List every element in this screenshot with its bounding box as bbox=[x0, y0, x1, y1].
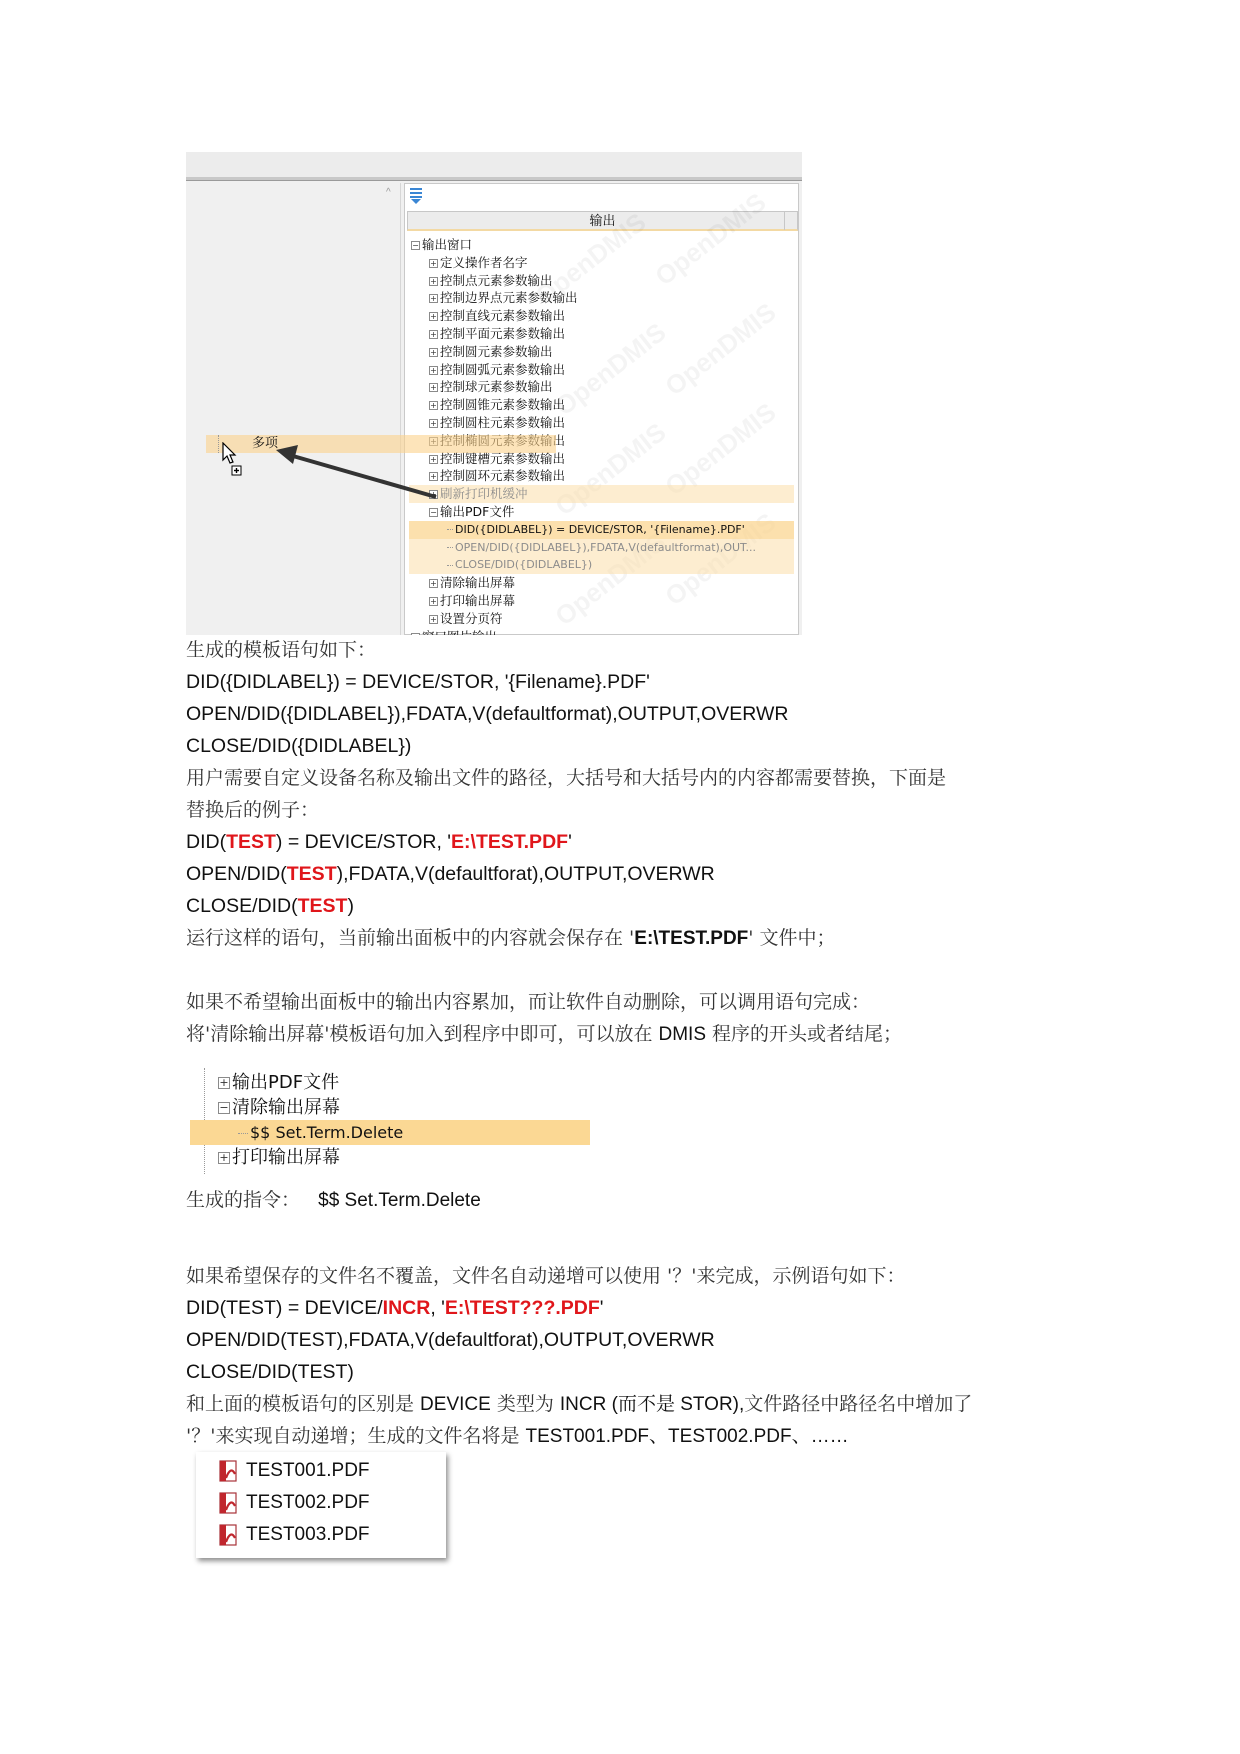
text: INCR bbox=[560, 1394, 606, 1415]
tree-node-label: 清除输出屏幕 bbox=[232, 1097, 340, 1118]
text: 生成的指令： bbox=[186, 1189, 300, 1211]
tree-node[interactable]: +控制圆元素参数输出 bbox=[409, 343, 794, 361]
output-template-pane: 输出 OpenDMIS OpenDMIS OpenDMIS OpenDMIS O… bbox=[404, 183, 799, 635]
software-screenshot-clear-screen: +输出PDF文件 −清除输出屏幕 $$ Set.Term.Delete +打印输… bbox=[190, 1068, 590, 1174]
expand-icon[interactable]: + bbox=[429, 330, 438, 339]
tree-connector bbox=[238, 1133, 248, 1134]
tree-node-label: 输出窗口 bbox=[422, 237, 472, 252]
file-item[interactable]: TEST002.PDF bbox=[218, 1490, 370, 1516]
expand-icon[interactable]: + bbox=[429, 383, 438, 392]
paragraph-clear-intro: 如果不希望输出面板中的输出内容累加，而让软件自动删除，可以调用语句完成： bbox=[186, 988, 870, 1016]
expand-icon[interactable]: + bbox=[429, 312, 438, 321]
tree-node[interactable]: +控制点元素参数输出 bbox=[409, 272, 794, 290]
code-text: CLOSE/DID( bbox=[186, 895, 298, 917]
expand-icon[interactable]: + bbox=[429, 472, 438, 481]
code-example-line1: DID(TEST) = DEVICE/STOR, 'E:\TEST.PDF' bbox=[186, 828, 572, 856]
expand-icon[interactable]: + bbox=[218, 1077, 230, 1089]
tree-node-clear-screen[interactable]: −清除输出屏幕 bbox=[190, 1095, 590, 1120]
paragraph-result: 运行这样的语句，当前输出面板中的内容就会保存在 'E:\TEST.PDF' 文件… bbox=[186, 924, 836, 953]
column-header-label: 输出 bbox=[589, 213, 615, 228]
tree-node-label: 打印输出屏幕 bbox=[440, 593, 515, 608]
expand-icon[interactable]: + bbox=[429, 579, 438, 588]
code-highlight: E:\TEST.PDF bbox=[634, 928, 748, 949]
tree-node-label: 设置分页符 bbox=[440, 611, 503, 626]
pdf-file-icon bbox=[218, 1492, 240, 1514]
tree-node-label: 控制球元素参数输出 bbox=[440, 379, 553, 394]
tree-node-page-break[interactable]: +设置分页符 bbox=[409, 610, 794, 628]
expand-icon[interactable]: + bbox=[218, 1152, 230, 1164]
column-divider[interactable] bbox=[784, 212, 785, 230]
file-name: TEST001.PDF bbox=[246, 1460, 370, 1481]
tree-node-label: 控制平面元素参数输出 bbox=[440, 326, 565, 341]
collapse-icon[interactable]: − bbox=[218, 1102, 230, 1114]
code-text: OPEN/DID( bbox=[186, 863, 287, 885]
code-text: ' bbox=[568, 831, 572, 853]
tree-node-label: 控制圆元素参数输出 bbox=[440, 344, 553, 359]
collapse-icon[interactable]: − bbox=[429, 508, 438, 517]
tree-node-window-image-output[interactable]: −窗口图片输出 bbox=[409, 628, 794, 635]
code-example-line2: OPEN/DID(TEST),FDATA,V(defaultforat),OUT… bbox=[186, 860, 715, 888]
tree-node-label: 控制圆环元素参数输出 bbox=[440, 468, 565, 483]
expand-icon[interactable]: + bbox=[429, 455, 438, 464]
code-text: , ' bbox=[430, 1297, 445, 1319]
tree-node-output-pdf[interactable]: −输出PDF文件 bbox=[409, 503, 794, 521]
scroll-up-icon[interactable]: ^ bbox=[386, 187, 391, 198]
paragraph-incr-intro: 如果希望保存的文件名不覆盖，文件名自动递增可以使用 '？'来完成，示例语句如下： bbox=[186, 1262, 906, 1290]
scrollbar[interactable]: ^ bbox=[383, 183, 401, 635]
text: DMIS bbox=[659, 1024, 707, 1045]
mouse-cursor-icon bbox=[222, 442, 244, 476]
expand-icon[interactable]: + bbox=[429, 366, 438, 375]
collapse-icon[interactable]: − bbox=[411, 241, 420, 250]
tree-node-label: 窗口图片输出 bbox=[422, 629, 497, 635]
text: 类型为 bbox=[491, 1393, 560, 1415]
tree-node[interactable]: +控制圆环元素参数输出 bbox=[409, 467, 794, 485]
code-text: DID(TEST) = DEVICE/ bbox=[186, 1297, 383, 1319]
program-tree-pane bbox=[186, 183, 383, 635]
paragraph-explain: 用户需要自定义设备名称及输出文件的路径，大括号和大括号内的内容都需要替换，下面是 bbox=[186, 764, 946, 792]
window-top-bar bbox=[186, 152, 802, 180]
text: STOR), bbox=[680, 1394, 744, 1415]
tree-node-label: 刷新打印机缓冲 bbox=[440, 486, 528, 501]
paragraph-clear-howto: 将'清除输出屏幕'模板语句加入到程序中即可，可以放在 DMIS 程序的开头或者结… bbox=[186, 1020, 902, 1049]
expand-icon[interactable]: + bbox=[429, 615, 438, 624]
code-highlight: E:\TEST.PDF bbox=[451, 831, 568, 853]
tree-node-print-screen[interactable]: +打印输出屏幕 bbox=[190, 1145, 590, 1170]
tree-leaf-label: $$ Set.Term.Delete bbox=[250, 1123, 403, 1142]
tree-leaf-set-term-delete[interactable]: $$ Set.Term.Delete bbox=[190, 1120, 590, 1145]
expand-icon[interactable]: + bbox=[429, 490, 438, 499]
tree-node[interactable]: +控制球元素参数输出 bbox=[409, 378, 794, 396]
paragraph-intro: 生成的模板语句如下： bbox=[186, 636, 376, 664]
tree-node-label: 控制圆锥元素参数输出 bbox=[440, 397, 565, 412]
paragraph-incr-diff: 和上面的模板语句的区别是 DEVICE 类型为 INCR (而不是 STOR),… bbox=[186, 1390, 972, 1419]
pdf-file-icon bbox=[218, 1460, 240, 1482]
code-line: CLOSE/DID({DIDLABEL}) bbox=[186, 732, 411, 760]
text: 文件路径中路径名中增加了 bbox=[744, 1393, 972, 1415]
paragraph-explain-cont: 替换后的例子： bbox=[186, 796, 319, 824]
tree-node-clear-screen[interactable]: +清除输出屏幕 bbox=[409, 574, 794, 592]
collapse-icon[interactable]: − bbox=[411, 633, 420, 635]
tree-leaf-close[interactable]: CLOSE/DID({DIDLABEL}) bbox=[409, 556, 794, 574]
text: ' 文件中； bbox=[748, 927, 835, 949]
tree-node-output-window[interactable]: −输出窗口 bbox=[409, 236, 794, 254]
code-text: ' bbox=[600, 1297, 604, 1319]
software-screenshot-output-panel: ^ 输出 OpenDMIS OpenDMIS OpenDMIS OpenDMIS… bbox=[186, 152, 802, 635]
code-text: $$ Set.Term.Delete bbox=[318, 1190, 481, 1211]
text: DEVICE bbox=[420, 1394, 491, 1415]
tree-connector bbox=[447, 529, 453, 530]
tree-leaf-open[interactable]: OPEN/DID({DIDLABEL}),FDATA,V(defaultform… bbox=[409, 539, 794, 557]
text: '？'来实现自动递增；生成的文件名将是 bbox=[186, 1425, 526, 1447]
file-item[interactable]: TEST001.PDF bbox=[218, 1458, 370, 1484]
tree-connector bbox=[447, 565, 453, 566]
code-incr-line1: DID(TEST) = DEVICE/INCR, 'E:\TEST???.PDF… bbox=[186, 1294, 604, 1322]
tree-node-label: 清除输出屏幕 bbox=[440, 575, 515, 590]
tree-node-output-pdf[interactable]: +输出PDF文件 bbox=[190, 1070, 590, 1095]
code-example-line3: CLOSE/DID(TEST) bbox=[186, 892, 354, 920]
file-name: TEST003.PDF bbox=[246, 1524, 370, 1545]
expand-icon[interactable]: + bbox=[429, 597, 438, 606]
tree-node-label: 输出PDF文件 bbox=[232, 1072, 339, 1093]
tree-node-label: 打印输出屏幕 bbox=[232, 1147, 340, 1168]
column-header-output: 输出 bbox=[407, 211, 798, 231]
pdf-file-icon bbox=[218, 1524, 240, 1546]
tree-node-print-screen[interactable]: +打印输出屏幕 bbox=[409, 592, 794, 610]
code-text: ) = DEVICE/STOR, ' bbox=[276, 831, 451, 853]
paragraph-generated-cmd: 生成的指令： $$ Set.Term.Delete bbox=[186, 1186, 481, 1215]
tree-node-label: 控制边界点元素参数输出 bbox=[440, 290, 578, 305]
code-highlight: INCR bbox=[383, 1297, 431, 1319]
expand-icon[interactable]: + bbox=[429, 277, 438, 286]
expand-icon[interactable]: + bbox=[429, 401, 438, 410]
code-line: DID({DIDLABEL}) = DEVICE/STOR, '{Filenam… bbox=[186, 668, 650, 696]
tree-leaf-label: OPEN/DID({DIDLABEL}),FDATA,V(defaultform… bbox=[455, 541, 756, 554]
tree-node[interactable]: +控制圆柱元素参数输出 bbox=[409, 414, 794, 432]
text: (而不是 bbox=[606, 1394, 680, 1415]
filter-icon[interactable] bbox=[409, 187, 423, 205]
tree-leaf-label: DID({DIDLABEL}) = DEVICE/STOR, '{Filenam… bbox=[455, 523, 745, 536]
text: 程序的开头或者结尾； bbox=[706, 1023, 902, 1045]
tree-node[interactable]: +定义操作者名字 bbox=[409, 254, 794, 272]
expand-icon[interactable]: + bbox=[429, 419, 438, 428]
file-item[interactable]: TEST003.PDF bbox=[218, 1522, 370, 1548]
tree-node-label: 定义操作者名字 bbox=[440, 255, 528, 270]
file-list-screenshot: TEST001.PDF TEST002.PDF TEST003.PDF bbox=[196, 1452, 446, 1558]
file-name: TEST002.PDF bbox=[246, 1492, 370, 1513]
tree-node-refresh-printer[interactable]: +刷新打印机缓冲 bbox=[409, 485, 794, 503]
text: 将'清除输出屏幕'模板语句加入到程序中即可，可以放在 bbox=[186, 1023, 659, 1045]
tree-node-label: 控制圆弧元素参数输出 bbox=[440, 362, 565, 377]
tree-node[interactable]: +控制圆弧元素参数输出 bbox=[409, 361, 794, 379]
text: 运行这样的语句，当前输出面板中的内容就会保存在 ' bbox=[186, 927, 634, 949]
code-text: ),FDATA,V(defaultforat),OUTPUT,OVERWR bbox=[337, 863, 715, 885]
text: 和上面的模板语句的区别是 bbox=[186, 1393, 420, 1415]
tree-node[interactable]: +控制直线元素参数输出 bbox=[409, 307, 794, 325]
tree-node[interactable]: +控制圆锥元素参数输出 bbox=[409, 396, 794, 414]
code-incr-line3: CLOSE/DID(TEST) bbox=[186, 1358, 354, 1386]
code-text: DID( bbox=[186, 831, 226, 853]
tree-leaf-did[interactable]: DID({DIDLABEL}) = DEVICE/STOR, '{Filenam… bbox=[409, 521, 794, 539]
text: TEST001.PDF、TEST002.PDF、…… bbox=[526, 1426, 849, 1447]
drag-item-label: 多项 bbox=[252, 435, 278, 453]
tree-leaf-label: CLOSE/DID({DIDLABEL}) bbox=[455, 558, 592, 571]
paragraph-incr-diff-cont: '？'来实现自动递增；生成的文件名将是 TEST001.PDF、TEST002.… bbox=[186, 1422, 849, 1451]
expand-icon[interactable]: + bbox=[429, 294, 438, 303]
expand-icon[interactable]: + bbox=[429, 259, 438, 268]
code-incr-line2: OPEN/DID(TEST),FDATA,V(defaultforat),OUT… bbox=[186, 1326, 715, 1354]
code-text: ) bbox=[347, 895, 354, 917]
tree-node[interactable]: +控制平面元素参数输出 bbox=[409, 325, 794, 343]
expand-icon[interactable]: + bbox=[429, 348, 438, 357]
code-highlight: TEST bbox=[287, 863, 337, 885]
code-highlight: TEST bbox=[298, 895, 348, 917]
tree-node-label: 控制直线元素参数输出 bbox=[440, 308, 565, 323]
tree-node[interactable]: +控制边界点元素参数输出 bbox=[409, 289, 794, 307]
tree-connector bbox=[447, 547, 453, 548]
tree-node-label: 控制圆柱元素参数输出 bbox=[440, 415, 565, 430]
tree-node-label: 控制点元素参数输出 bbox=[440, 273, 553, 288]
tree-node-label: 输出PDF文件 bbox=[440, 504, 514, 519]
code-highlight: TEST bbox=[226, 831, 276, 853]
code-line: OPEN/DID({DIDLABEL}),FDATA,V(defaultform… bbox=[186, 700, 788, 728]
code-highlight: E:\TEST???.PDF bbox=[445, 1297, 600, 1319]
